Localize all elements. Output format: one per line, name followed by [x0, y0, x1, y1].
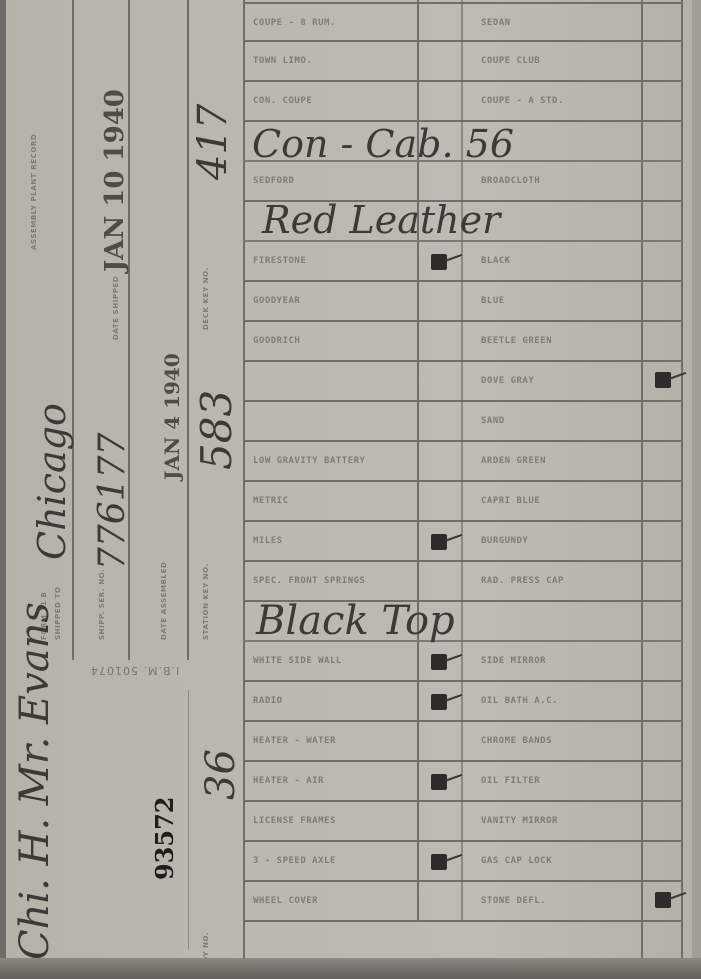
- check-mark-icon: [431, 854, 447, 870]
- option-checkbox-left[interactable]: [419, 522, 461, 560]
- option-label-right: [481, 922, 641, 960]
- option-checkbox-right[interactable]: [643, 922, 681, 960]
- ser-no-label: SHIPP. SER. NO.: [98, 569, 106, 640]
- trim-code: 36: [198, 749, 244, 800]
- grid-row: METRICCAPRI BLUE: [243, 482, 683, 522]
- option-checkbox-right[interactable]: [643, 642, 681, 680]
- grid-row: RADIOOIL BATH A.C.: [243, 682, 683, 722]
- date-assembled-label: DATE ASSEMBLED: [160, 562, 168, 640]
- grid-row: [243, 922, 683, 962]
- date-shipped-label: DATE SHIPPED: [112, 276, 120, 340]
- grid-row: MILESBURGUNDY: [243, 522, 683, 562]
- option-label-right: DOVE GRAY: [481, 362, 641, 400]
- check-mark-icon: [431, 534, 447, 550]
- record-title: ASSEMBLY PLANT RECORD: [30, 134, 38, 250]
- option-label-left: 3 - SPEED AXLE: [253, 842, 417, 880]
- option-checkbox-left[interactable]: [419, 562, 461, 600]
- option-label-left: [253, 362, 417, 400]
- grid-row: SPEC. FRONT SPRINGSRAD. PRESS CAP: [243, 562, 683, 602]
- option-checkbox-left[interactable]: [419, 242, 461, 280]
- option-label-right: COUPE - A STD.: [481, 82, 641, 120]
- option-checkbox-left[interactable]: [419, 642, 461, 680]
- grid-row: SAND: [243, 402, 683, 442]
- option-label-right: VANITY MIRROR: [481, 802, 641, 840]
- option-label-left: COUPE - 8 RUM.: [253, 4, 417, 42]
- divider: [188, 690, 189, 950]
- option-checkbox-right[interactable]: [643, 362, 681, 400]
- option-label-right: SIDE MIRROR: [481, 642, 641, 680]
- option-checkbox-left[interactable]: [419, 882, 461, 920]
- card-edge-bottom: [0, 958, 701, 979]
- check-mark-icon: [655, 892, 671, 908]
- option-checkbox-right[interactable]: [643, 522, 681, 560]
- option-checkbox-left[interactable]: [419, 442, 461, 480]
- option-checkbox-right[interactable]: [643, 882, 681, 920]
- option-checkbox-left[interactable]: [419, 722, 461, 760]
- date-shipped-value: JAN 10 1940: [100, 89, 130, 272]
- option-label-left: [253, 402, 417, 440]
- option-label-right: GAS CAP LOCK: [481, 842, 641, 880]
- option-label-left: SPEC. FRONT SPRINGS: [253, 562, 417, 600]
- option-checkbox-left[interactable]: [419, 42, 461, 80]
- check-mark-icon: [431, 694, 447, 710]
- option-label-right: BEETLE GREEN: [481, 322, 641, 360]
- grid-row: LICENSE FRAMESVANITY MIRROR: [243, 802, 683, 842]
- divider: [187, 0, 189, 660]
- option-label-right: OIL BATH A.C.: [481, 682, 641, 720]
- option-label-left: TOWN LIMO.: [253, 42, 417, 80]
- dealer-note: Chi. H. Mr. Evans: [12, 602, 58, 960]
- option-checkbox-left[interactable]: [419, 802, 461, 840]
- grid-row: HEATER - WATERCHROME BANDS: [243, 722, 683, 762]
- check-mark-icon: [431, 254, 447, 270]
- option-checkbox-right[interactable]: [643, 122, 681, 160]
- option-label-right: RAD. PRESS CAP: [481, 562, 641, 600]
- station-key-value: 583: [192, 390, 241, 470]
- option-checkbox-right[interactable]: [643, 402, 681, 440]
- option-checkbox-right[interactable]: [643, 42, 681, 80]
- option-label-right: COUPE CLUB: [481, 42, 641, 80]
- option-label-left: METRIC: [253, 482, 417, 520]
- option-checkbox-right[interactable]: [643, 442, 681, 480]
- deck-key-label: DECK KEY NO.: [202, 267, 210, 330]
- option-label-right: [481, 602, 641, 640]
- option-checkbox-right[interactable]: [643, 762, 681, 800]
- body-no-value: 93572: [150, 797, 179, 881]
- check-mark-icon: [431, 654, 447, 670]
- option-checkbox-left[interactable]: [419, 482, 461, 520]
- option-checkbox-right[interactable]: [643, 4, 681, 42]
- option-label-right: [481, 202, 641, 240]
- station-key-label: STATION KEY NO.: [202, 563, 210, 640]
- grid-row: WHEEL COVERSTONE DEFL.: [243, 882, 683, 922]
- option-label-left: LOW GRAVITY BATTERY: [253, 442, 417, 480]
- option-checkbox-left[interactable]: [419, 362, 461, 400]
- card-edge-right: [692, 0, 701, 979]
- option-label-left: GOODRICH: [253, 322, 417, 360]
- grid-row: SEDFORDBROADCLOTH: [243, 162, 683, 202]
- option-checkbox-left[interactable]: [419, 282, 461, 320]
- grid-row: LOW GRAVITY BATTERYARDEN GREEN: [243, 442, 683, 482]
- grid-row: WHITE SIDE WALLSIDE MIRROR: [243, 642, 683, 682]
- option-checkbox-left[interactable]: [419, 322, 461, 360]
- upholstery-handwritten: Red Leather: [262, 198, 500, 242]
- option-label-left: GOODYEAR: [253, 282, 417, 320]
- option-checkbox-left[interactable]: [419, 922, 461, 960]
- option-label-right: STONE DEFL.: [481, 882, 641, 920]
- top-handwritten: Black Top: [256, 598, 455, 644]
- option-label-right: BROADCLOTH: [481, 162, 641, 200]
- option-label-left: WHITE SIDE WALL: [253, 642, 417, 680]
- option-checkbox-left[interactable]: [419, 762, 461, 800]
- option-checkbox-left[interactable]: [419, 842, 461, 880]
- body-style-handwritten: Con - Cab. 56: [252, 122, 514, 166]
- option-checkbox-right[interactable]: [643, 722, 681, 760]
- option-checkbox-right[interactable]: [643, 602, 681, 640]
- grid-row: DOVE GRAY: [243, 362, 683, 402]
- option-checkbox-right[interactable]: [643, 162, 681, 200]
- option-checkbox-right[interactable]: [643, 482, 681, 520]
- option-label-right: CHROME BANDS: [481, 722, 641, 760]
- option-checkbox-left[interactable]: [419, 82, 461, 120]
- grid-row: TOWN LIMO.COUPE CLUB: [243, 42, 683, 82]
- option-checkbox-left[interactable]: [419, 4, 461, 42]
- option-checkbox-right[interactable]: [643, 842, 681, 880]
- option-label-right: ARDEN GREEN: [481, 442, 641, 480]
- option-checkbox-right[interactable]: [643, 682, 681, 720]
- option-label-right: BURGUNDY: [481, 522, 641, 560]
- option-label-left: CON. COUPE: [253, 82, 417, 120]
- grid-row: CON. COUPECOUPE - A STD.: [243, 82, 683, 122]
- option-checkbox-right[interactable]: [643, 282, 681, 320]
- option-label-left: LICENSE FRAMES: [253, 802, 417, 840]
- option-label-right: BLUE: [481, 282, 641, 320]
- option-label-right: SAND: [481, 402, 641, 440]
- option-label-left: HEATER - WATER: [253, 722, 417, 760]
- option-checkbox-right[interactable]: [643, 322, 681, 360]
- card-edge-left: [0, 0, 6, 979]
- grid-row: HEATER - AIROIL FILTER: [243, 762, 683, 802]
- divider: [72, 0, 74, 660]
- option-label-right: BLACK: [481, 242, 641, 280]
- ser-no-value: 776177: [92, 433, 133, 570]
- reverse-print: I.B.M. 501074: [90, 664, 179, 677]
- option-checkbox-right[interactable]: [643, 82, 681, 120]
- grid-row: COUPE - 8 RUM.SEDAN: [243, 2, 683, 42]
- option-checkbox-left[interactable]: [419, 402, 461, 440]
- option-label-left: SEDFORD: [253, 162, 417, 200]
- shipped-to-value: Chicago: [30, 403, 74, 560]
- option-label-left: HEATER - AIR: [253, 762, 417, 800]
- option-checkbox-right[interactable]: [643, 802, 681, 840]
- check-mark-icon: [655, 372, 671, 388]
- option-label-right: SEDAN: [481, 4, 641, 42]
- option-checkbox-right[interactable]: [643, 562, 681, 600]
- option-label-left: RADIO: [253, 682, 417, 720]
- option-checkbox-left[interactable]: [419, 682, 461, 720]
- option-checkbox-left[interactable]: [419, 162, 461, 200]
- option-label-left: [253, 922, 417, 960]
- option-label-left: WHEEL COVER: [253, 882, 417, 920]
- check-mark-icon: [431, 774, 447, 790]
- option-checkbox-right[interactable]: [643, 202, 681, 240]
- deck-key-value: 417: [190, 104, 236, 180]
- grid-row: 3 - SPEED AXLEGAS CAP LOCK: [243, 842, 683, 882]
- option-label-left: MILES: [253, 522, 417, 560]
- option-label-right: CAPRI BLUE: [481, 482, 641, 520]
- option-checkbox-right[interactable]: [643, 242, 681, 280]
- option-label-right: OIL FILTER: [481, 762, 641, 800]
- grid-row: GOODRICHBEETLE GREEN: [243, 322, 683, 362]
- grid-row: GOODYEARBLUE: [243, 282, 683, 322]
- grid-row: FIRESTONEBLACK: [243, 242, 683, 282]
- option-label-left: FIRESTONE: [253, 242, 417, 280]
- date-assembled-value: JAN 4 1940: [160, 353, 184, 480]
